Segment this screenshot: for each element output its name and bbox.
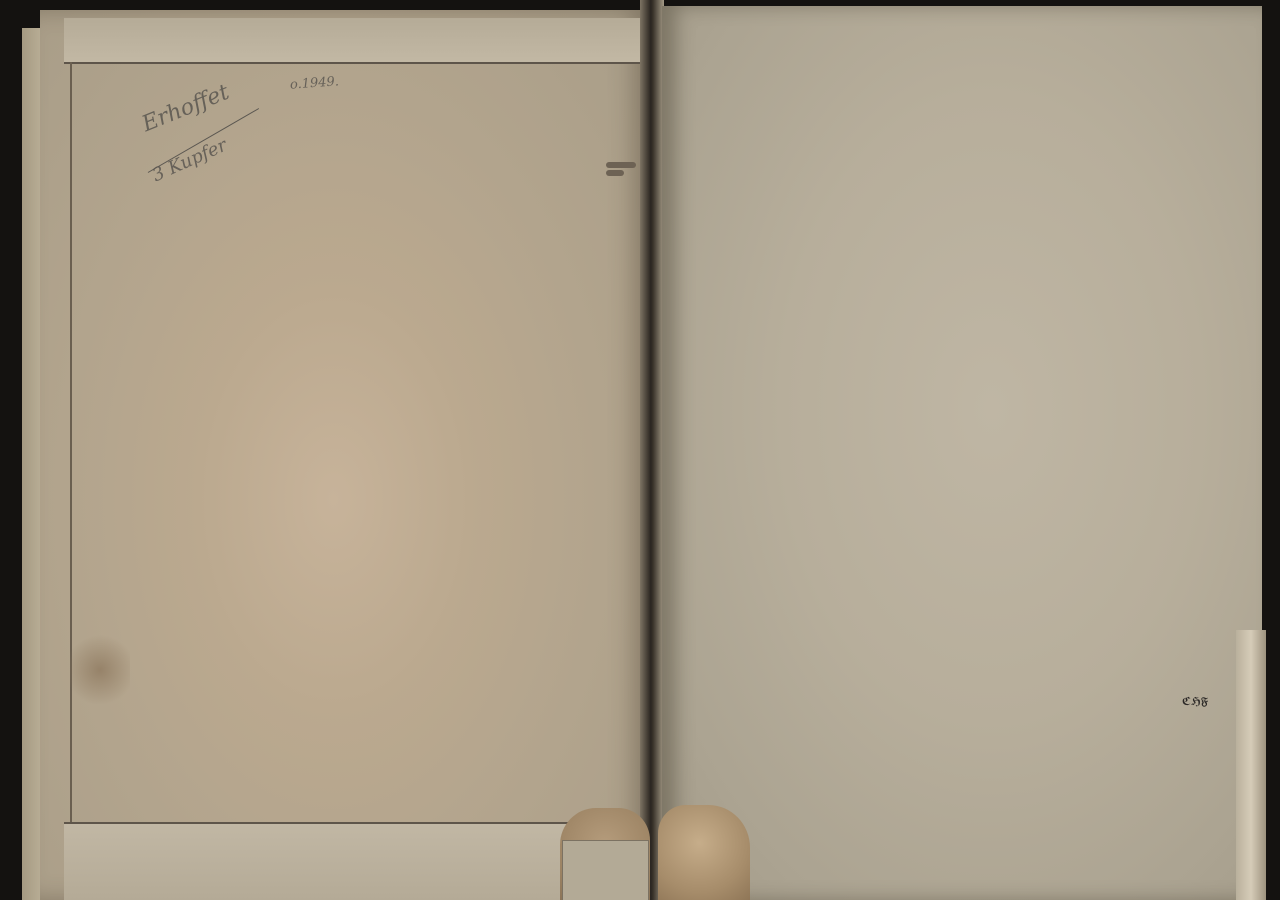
book-scan: Erhoffet 3 Kupfer o.1949. ℭℌ𝔉 <box>0 0 1280 900</box>
book-gutter <box>640 0 664 900</box>
right-page-frayed-edge <box>1236 630 1266 900</box>
left-page-stain <box>70 630 130 710</box>
right-endpaper <box>662 6 1262 900</box>
ink-mark: ℭℌ𝔉 <box>1182 695 1208 709</box>
left-page-top-flap <box>64 18 640 64</box>
binding-thread-marks <box>606 160 636 180</box>
right-page-torn-corner <box>658 805 750 900</box>
left-page-bottom-flap <box>64 822 624 900</box>
left-page-patch <box>562 840 649 900</box>
